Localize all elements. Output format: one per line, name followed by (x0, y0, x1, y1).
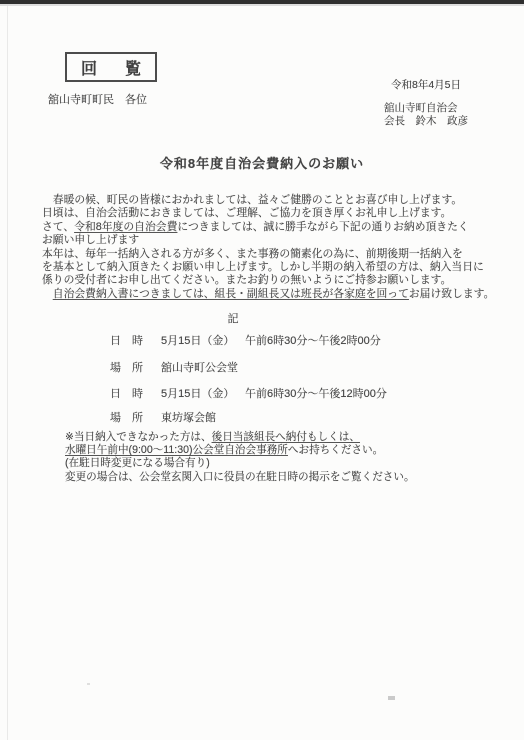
scan-speck (388, 696, 395, 700)
record-value: 5月15日（金） (161, 332, 234, 348)
scanned-circular-document: 回 覧 舘山寺町町民 各位 令和8年4月5日 舘山寺町自治会 会長 鈴木 政彦 … (0, 0, 524, 740)
record-value: 東坊塚会館 (161, 409, 216, 425)
record-value: 舘山寺町公会堂 (161, 359, 238, 375)
circulation-stamp-box: 回 覧 (65, 52, 157, 82)
body-paragraph: 春暖の候、町民の皆様におかれましては、益々ご健勝のこととお喜び申し上げます。 日… (42, 194, 502, 301)
record-row-place-2: 場 所 東坊塚会館 (0, 409, 524, 423)
record-label: 日 時 (110, 332, 143, 348)
body-line: 自治会費納入書につきましては、組長・副組長又は班長が各家庭を回ってお届け致します… (42, 288, 502, 301)
body-line: お願い申し上げます (42, 234, 502, 247)
record-value: 5月15日（金） (161, 385, 234, 401)
note-line: ※当日納入できなかった方は、後日当該組長へ納付もしくは、 (65, 431, 415, 444)
body-line: を基本として納入頂きたくお願い申し上げます。しかし半期の納入希望の方は、納入当日… (42, 261, 502, 274)
sender-name: 会長 鈴木 政彦 (384, 113, 468, 128)
note-line: 変更の場合は、公会堂玄関入口に役員の在駐日時の掲示をご覧ください。 (65, 471, 415, 484)
record-label: 場 所 (110, 409, 143, 425)
body-line: 係りの受付者にお申し出てください。またお釣りの無いようにご持参お願いします。 (42, 274, 502, 287)
footnotes: ※当日納入できなかった方は、後日当該組長へ納付もしくは、 水曜日午前中(9:00… (65, 431, 415, 484)
note-line: (在駐日時変更になる場合有り) (65, 457, 415, 470)
body-line: 春暖の候、町民の皆様におかれましては、益々ご健勝のこととお喜び申し上げます。 (42, 194, 502, 207)
circulation-stamp-label: 回 覧 (75, 56, 147, 79)
record-mark: 記 (0, 310, 466, 326)
note-line: 水曜日午前中(9:00～11:30)公会堂自治会事務所へお持ちください。 (65, 444, 415, 457)
record-time: 午前6時30分～午後2時00分 (245, 332, 381, 348)
document-title: 令和8年度自治会費納入のお願い (0, 153, 524, 172)
body-line: 日頃は、自治会活動におきましては、ご理解、ご協力を頂き厚くお礼申し上げます。 (42, 207, 502, 220)
document-date: 令和8年4月5日 (391, 77, 461, 92)
record-row-datetime-2: 日 時 5月15日（金） 午前6時30分～午後12時00分 (0, 385, 524, 399)
record-time: 午前6時30分～午後12時00分 (245, 385, 387, 401)
record-row-place-1: 場 所 舘山寺町公会堂 (0, 359, 524, 373)
record-row-datetime-1: 日 時 5月15日（金） 午前6時30分～午後2時00分 (0, 332, 524, 346)
record-label: 場 所 (110, 359, 143, 375)
recipient-line: 舘山寺町町民 各位 (48, 91, 147, 107)
scan-speck (87, 683, 90, 685)
record-label: 日 時 (110, 385, 143, 401)
body-line: さて、令和8年度の自治会費につきましては、誠に勝手ながら下記の通りお納め頂きたく (42, 221, 502, 234)
scan-edge-shadow (0, 4, 524, 6)
body-line: 本年は、毎年一括納入される方が多く、また事務の簡素化の為に、前期後期一括納入を (42, 248, 502, 261)
